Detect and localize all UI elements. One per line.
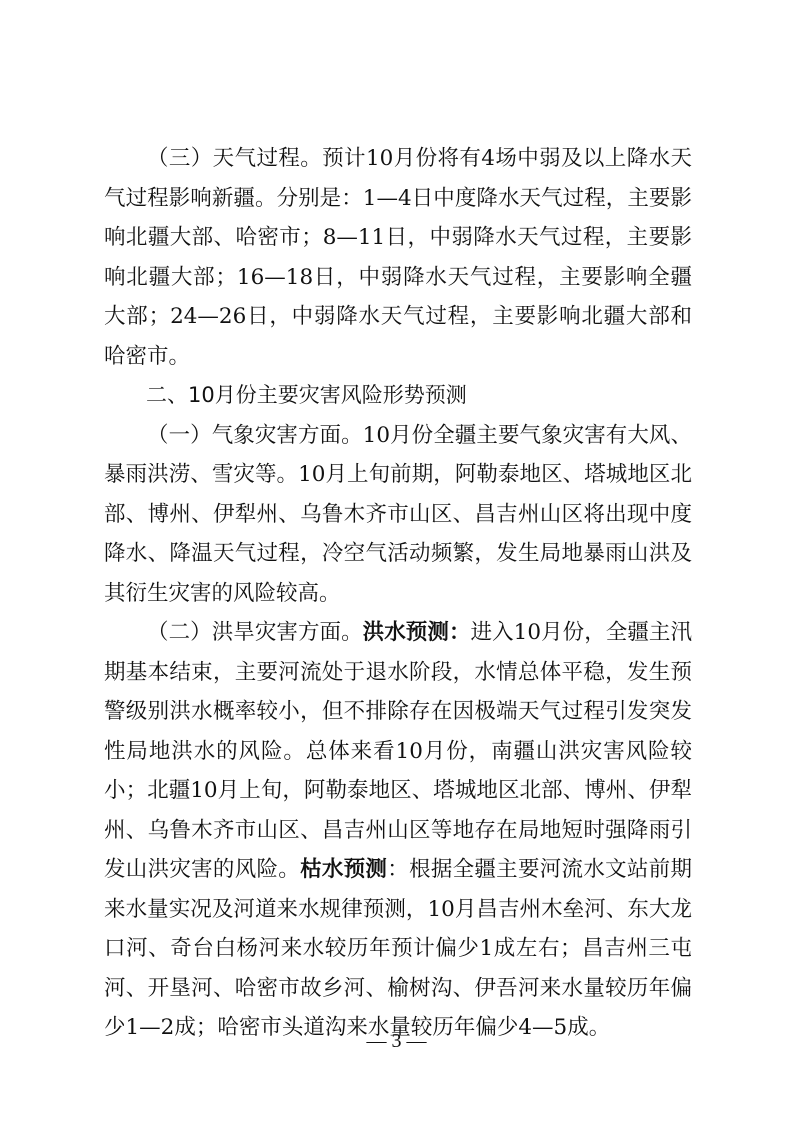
paragraph-weather-process: （三）天气过程。预计10月份将有4场中弱及以上降水天气过程影响新疆。分别是：1—…	[104, 139, 692, 376]
flood-forecast-label: 洪水预测：	[363, 620, 471, 645]
flood-forecast-text: 进入10月份，全疆主汛期基本结束，主要河流处于退水阶段，水情总体平稳，发生预警级…	[104, 620, 692, 882]
low-water-forecast-label: 枯水预测	[300, 857, 387, 882]
paragraph-meteorological-disasters: （一）气象灾害方面。10月份全疆主要气象灾害有大风、暴雨洪涝、雪灾等。10月上旬…	[104, 416, 692, 614]
low-water-forecast-text: 根据全疆主要河流水文站前期来水量实况及河道来水规律预测，10月昌吉州木垒河、东大…	[104, 857, 692, 1040]
section-heading: 二、10月份主要灾害风险形势预测	[104, 376, 692, 416]
paragraph-flood-drought: （二）洪旱灾害方面。洪水预测：进入10月份，全疆主汛期基本结束，主要河流处于退水…	[104, 613, 692, 1048]
page-number: — 3 —	[0, 1030, 793, 1053]
document-body: （三）天气过程。预计10月份将有4场中弱及以上降水天气过程影响新疆。分别是：1—…	[104, 139, 692, 1048]
low-water-colon: ：	[387, 857, 409, 882]
flood-drought-lead: （二）洪旱灾害方面。	[147, 620, 363, 645]
